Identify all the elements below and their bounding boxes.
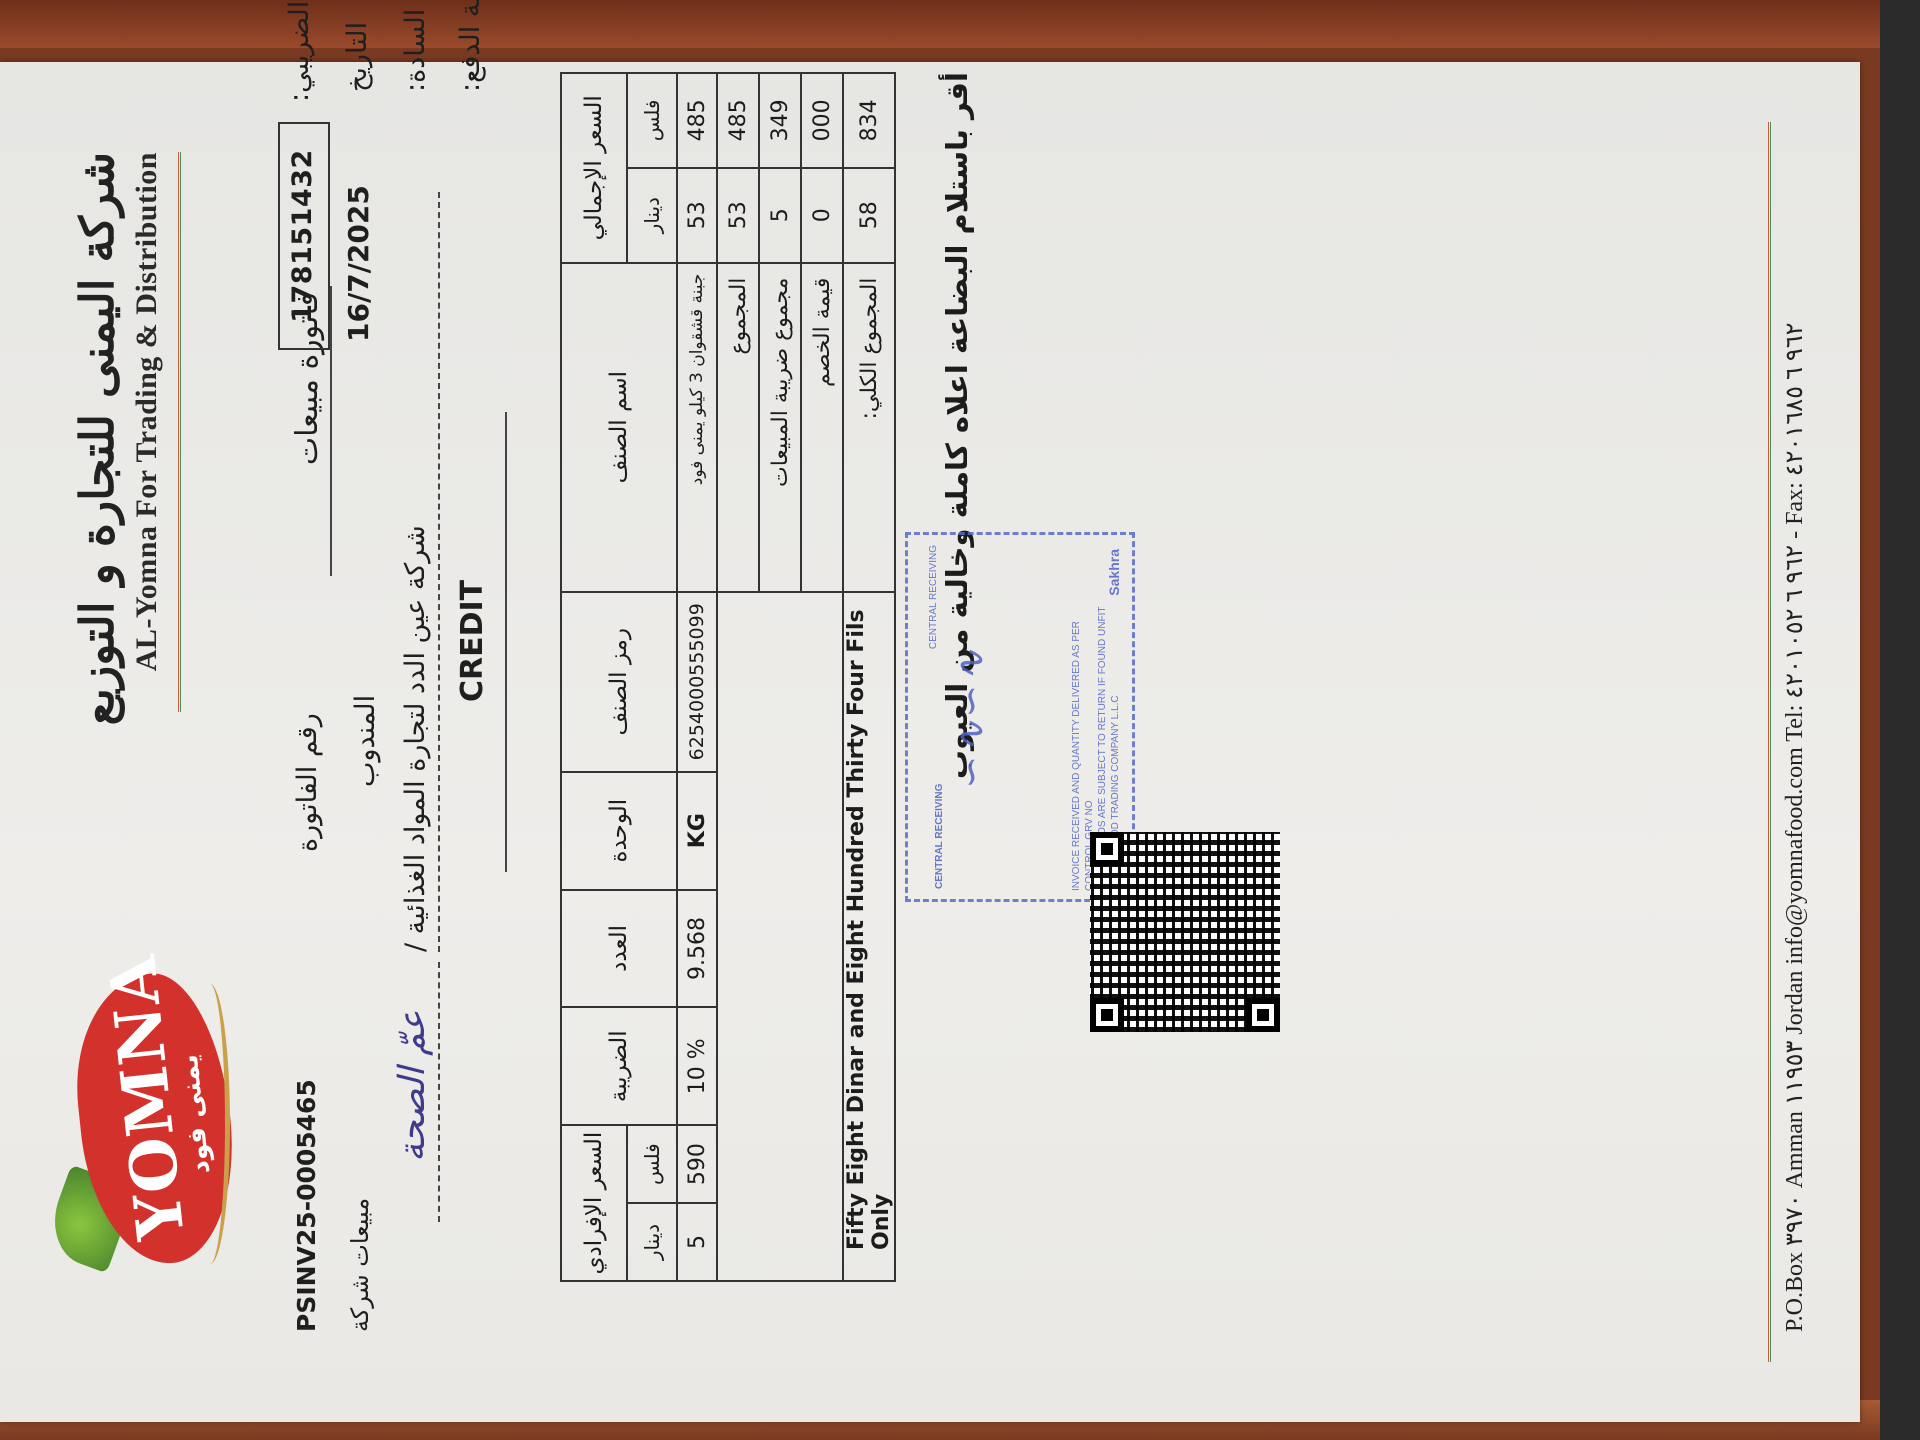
date-label: التاريخ bbox=[342, 22, 373, 92]
item-qty: 9.568 bbox=[677, 890, 717, 1008]
item-total-fils: 485 bbox=[677, 73, 717, 168]
stamp-signature: ∽∿∽∿ bbox=[948, 647, 994, 789]
sales-rep-label: المندوب bbox=[350, 695, 381, 787]
header-divider bbox=[178, 152, 182, 712]
item-name: جبنة قشقوان 3 كيلو يمنى فود bbox=[677, 263, 717, 592]
item-unit: KG bbox=[677, 772, 717, 890]
col-qty: العدد bbox=[561, 890, 677, 1008]
summary-row-grand-total: 834 58 المجموع الكلي: Fifty Eight Dinar … bbox=[843, 73, 895, 1281]
col-unit: الوحدة bbox=[561, 772, 677, 890]
subtotal-label: المجموع bbox=[717, 263, 759, 592]
customer-name: شركة عين الدد لتجارة المواد الغذائية / bbox=[400, 525, 431, 952]
stamp-brand: Sakhra bbox=[1106, 549, 1122, 596]
summary-row-subtotal: 485 53 المجموع bbox=[717, 73, 759, 1281]
col-unit-fils: فلس bbox=[627, 1125, 677, 1203]
table-row: 485 53 جبنة قشقوان 3 كيلو يمنى فود 62540… bbox=[677, 73, 717, 1281]
invoice-number-label: رقم الفاتورة bbox=[292, 713, 323, 852]
item-tax: 10 % bbox=[677, 1007, 717, 1125]
qr-finder-pattern bbox=[1246, 998, 1280, 1032]
col-unit-dinar: دينار bbox=[627, 1203, 677, 1281]
tax-number-label: الرقم الضريبي: bbox=[284, 0, 315, 102]
col-tax: الضريبة bbox=[561, 1007, 677, 1125]
bill-to-label: المطلوب من السادة: bbox=[400, 0, 431, 92]
discount-fils: 000 bbox=[801, 73, 843, 168]
qr-finder-pattern bbox=[1090, 832, 1124, 866]
invoice-date: 16/7/2025 bbox=[342, 185, 375, 342]
tax-number-box: 178151432 bbox=[278, 122, 330, 350]
invoice-items-table: السعر الإجمالي اسم الصنف رمز الصنف الوحد… bbox=[560, 72, 896, 1282]
company-name-english: AL-Yomna For Trading & Distribution bbox=[130, 152, 164, 972]
grand-total-label: المجموع الكلي: bbox=[843, 263, 895, 592]
item-unit-dinar: 5 bbox=[677, 1203, 717, 1281]
item-code: 6254000555099 bbox=[677, 592, 717, 772]
grand-total-fils: 834 bbox=[843, 73, 895, 168]
invoice-number: PSINV25-0005465 bbox=[292, 1079, 321, 1332]
footer-contact: P.O.Box ٣٩٧٠ Amman ١١٩٥٣ Jordan info@yom… bbox=[1780, 82, 1809, 1332]
discount-label: قيمة الخصم bbox=[801, 263, 843, 592]
amount-in-words: Fifty Eight Dinar and Eight Hundred Thir… bbox=[843, 592, 895, 1281]
discount-dinar: 0 bbox=[801, 168, 843, 263]
payment-method-label: طريقة الدفع: bbox=[455, 0, 486, 92]
handwritten-dotted-line bbox=[438, 962, 440, 1222]
payment-method: CREDIT bbox=[455, 580, 490, 702]
footer-divider bbox=[1768, 122, 1772, 1362]
invoice-photo: YOMNA يمنى فود شركة اليمنى للتجارة و الت… bbox=[0, 0, 1920, 1440]
sales-type: مبيعات شركة bbox=[346, 1198, 374, 1332]
subtotal-dinar: 53 bbox=[717, 168, 759, 263]
qr-code bbox=[1090, 832, 1280, 1032]
stamp-label-left: CENTRAL RECEIVING bbox=[934, 784, 946, 889]
col-item-code: رمز الصنف bbox=[561, 592, 677, 772]
summary-blank-area bbox=[717, 592, 843, 1281]
col-total-fils: فلس bbox=[627, 73, 677, 168]
company-logo: YOMNA يمنى فود bbox=[60, 944, 240, 1304]
subtotal-fils: 485 bbox=[717, 73, 759, 168]
tax-total-label: مجموع ضريبة المبيعات bbox=[759, 263, 801, 592]
tax-total-fils: 349 bbox=[759, 73, 801, 168]
company-name-arabic: شركة اليمنى للتجارة و التوزيع bbox=[70, 152, 124, 972]
grand-total-dinar: 58 bbox=[843, 168, 895, 263]
col-item-name: اسم الصنف bbox=[561, 263, 677, 592]
title-underline bbox=[330, 286, 332, 576]
handwritten-note: عمّ الصحة bbox=[392, 1010, 433, 1162]
qr-finder-pattern bbox=[1090, 998, 1124, 1032]
col-total-price: السعر الإجمالي bbox=[561, 73, 627, 263]
col-total-dinar: دينار bbox=[627, 168, 677, 263]
item-total-dinar: 53 bbox=[677, 168, 717, 263]
customer-dotted-line bbox=[438, 192, 440, 952]
col-unit-price: السعر الإفرادي bbox=[561, 1125, 627, 1281]
payment-underline bbox=[505, 412, 507, 872]
stamp-label-right: CENTRAL RECEIVING bbox=[928, 545, 940, 649]
item-unit-fils: 590 bbox=[677, 1125, 717, 1203]
invoice-sheet: YOMNA يمنى فود شركة اليمنى للتجارة و الت… bbox=[0, 62, 1860, 1422]
tax-total-dinar: 5 bbox=[759, 168, 801, 263]
stamp-line: INVOICE RECEIVED AND QUANTITY DELIVERED … bbox=[1070, 607, 1083, 891]
